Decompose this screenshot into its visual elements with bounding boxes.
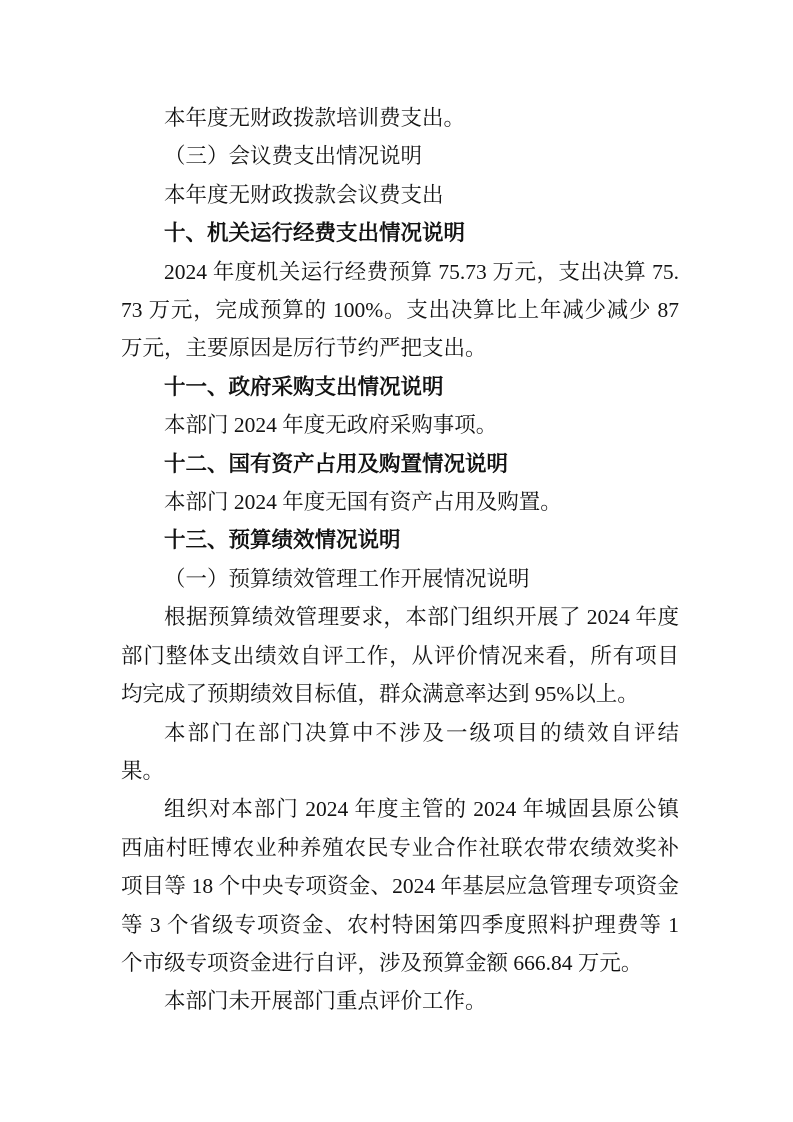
body-paragraph: 本年度无财政拨款培训费支出。: [121, 99, 679, 137]
section-heading: 十二、国有资产占用及购置情况说明: [121, 445, 679, 483]
body-paragraph: 组织对本部门 2024 年度主管的 2024 年城固县原公镇西庙村旺博农业种养殖…: [121, 790, 679, 982]
document-content: 本年度无财政拨款培训费支出。（三）会议费支出情况说明本年度无财政拨款会议费支出十…: [121, 99, 679, 1021]
section-heading: 十、机关运行经费支出情况说明: [121, 214, 679, 252]
body-paragraph: 本年度无财政拨款会议费支出: [121, 176, 679, 214]
section-heading: 十三、预算绩效情况说明: [121, 521, 679, 559]
body-paragraph: 根据预算绩效管理要求，本部门组织开展了 2024 年度部门整体支出绩效自评工作，…: [121, 598, 679, 713]
sub-section-heading: （三）会议费支出情况说明: [121, 137, 679, 175]
body-paragraph: 本部门 2024 年度无政府采购事项。: [121, 406, 679, 444]
document-page: 本年度无财政拨款培训费支出。（三）会议费支出情况说明本年度无财政拨款会议费支出十…: [0, 0, 793, 1122]
body-paragraph: 本部门未开展部门重点评价工作。: [121, 982, 679, 1020]
body-paragraph: 本部门在部门决算中不涉及一级项目的绩效自评结果。: [121, 714, 679, 791]
body-paragraph: 2024 年度机关运行经费预算 75.73 万元，支出决算 75.73 万元，完…: [121, 253, 679, 368]
body-paragraph: 本部门 2024 年度无国有资产占用及购置。: [121, 483, 679, 521]
sub-section-heading: （一）预算绩效管理工作开展情况说明: [121, 560, 679, 598]
section-heading: 十一、政府采购支出情况说明: [121, 368, 679, 406]
